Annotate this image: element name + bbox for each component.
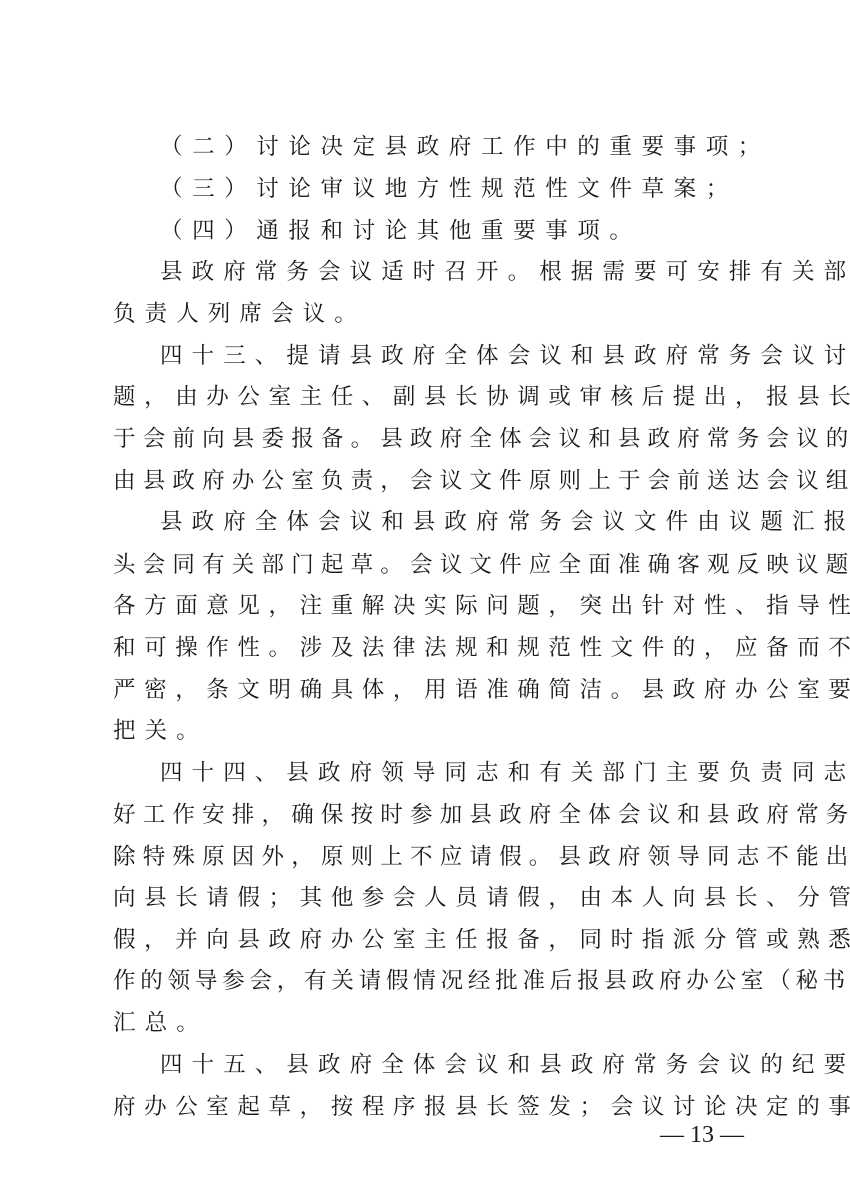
text-line: 四十四、县政府领导同志和有关部门主要负责同志应提前做 [160, 757, 800, 789]
text-line: 四十三、提请县政府全体会议和县政府常务会议讨论的议 [160, 340, 800, 372]
text-line: 把关。 [113, 715, 753, 747]
text-line: 于会前向县委报备。县政府全体会议和县政府常务会议的组织工作 [113, 423, 753, 455]
text-line: 除特殊原因外，原则上不应请假。县政府领导同志不能出席的， [113, 841, 753, 873]
text-line: 头会同有关部门起草。会议文件应全面准确客观反映议题情况和 [113, 549, 753, 581]
text-line: 负责人列席会议。 [113, 298, 753, 330]
text-line: 县政府全体会议和县政府常务会议文件由议题汇报部门牵 [160, 506, 800, 538]
text-line: （二）讨论决定县政府工作中的重要事项； [160, 131, 800, 163]
text-line: 府办公室起草，按程序报县长签发；会议讨论决定的事项中，需 [113, 1091, 753, 1123]
document-page: （二）讨论决定县政府工作中的重要事项； （三）讨论审议地方性规范性文件草案； （… [0, 0, 850, 1200]
text-line: 向县长请假；其他参会人员请假，由本人向县长、分管县领导请 [113, 882, 753, 914]
text-line: 作的领导参会，有关请假情况经批准后报县政府办公室（秘书室） [113, 965, 753, 997]
text-line: 县政府常务会议适时召开。根据需要可安排有关部门、单位 [160, 256, 800, 288]
text-line: 严密，条文明确具体，用语准确简洁。县政府办公室要加强审核 [113, 674, 753, 706]
text-line: 假，并向县政府办公室主任报备，同时指派分管或熟悉该议题工 [113, 924, 753, 956]
text-line: 由县政府办公室负责，会议文件原则上于会前送达会议组成人员。 [113, 465, 753, 497]
text-line: （四）通报和讨论其他重要事项。 [160, 215, 800, 247]
text-line: 四十五、县政府全体会议和县政府常务会议的纪要，由县政 [160, 1049, 800, 1081]
text-line: 好工作安排，确保按时参加县政府全体会议和县政府常务会议。 [113, 799, 753, 831]
text-line: 题，由办公室主任、副县长协调或审核后提出，报县长确定，并 [113, 381, 753, 413]
text-line: 和可操作性。涉及法律法规和规范性文件的，应备而不繁，逻辑 [113, 632, 753, 664]
page-number: — 13 — [660, 1119, 760, 1151]
text-line: 汇总。 [113, 1007, 753, 1039]
text-line: （三）讨论审议地方性规范性文件草案； [160, 173, 800, 205]
text-line: 各方面意见，注重解决实际问题，突出针对性、指导性、前瞻性 [113, 590, 753, 622]
